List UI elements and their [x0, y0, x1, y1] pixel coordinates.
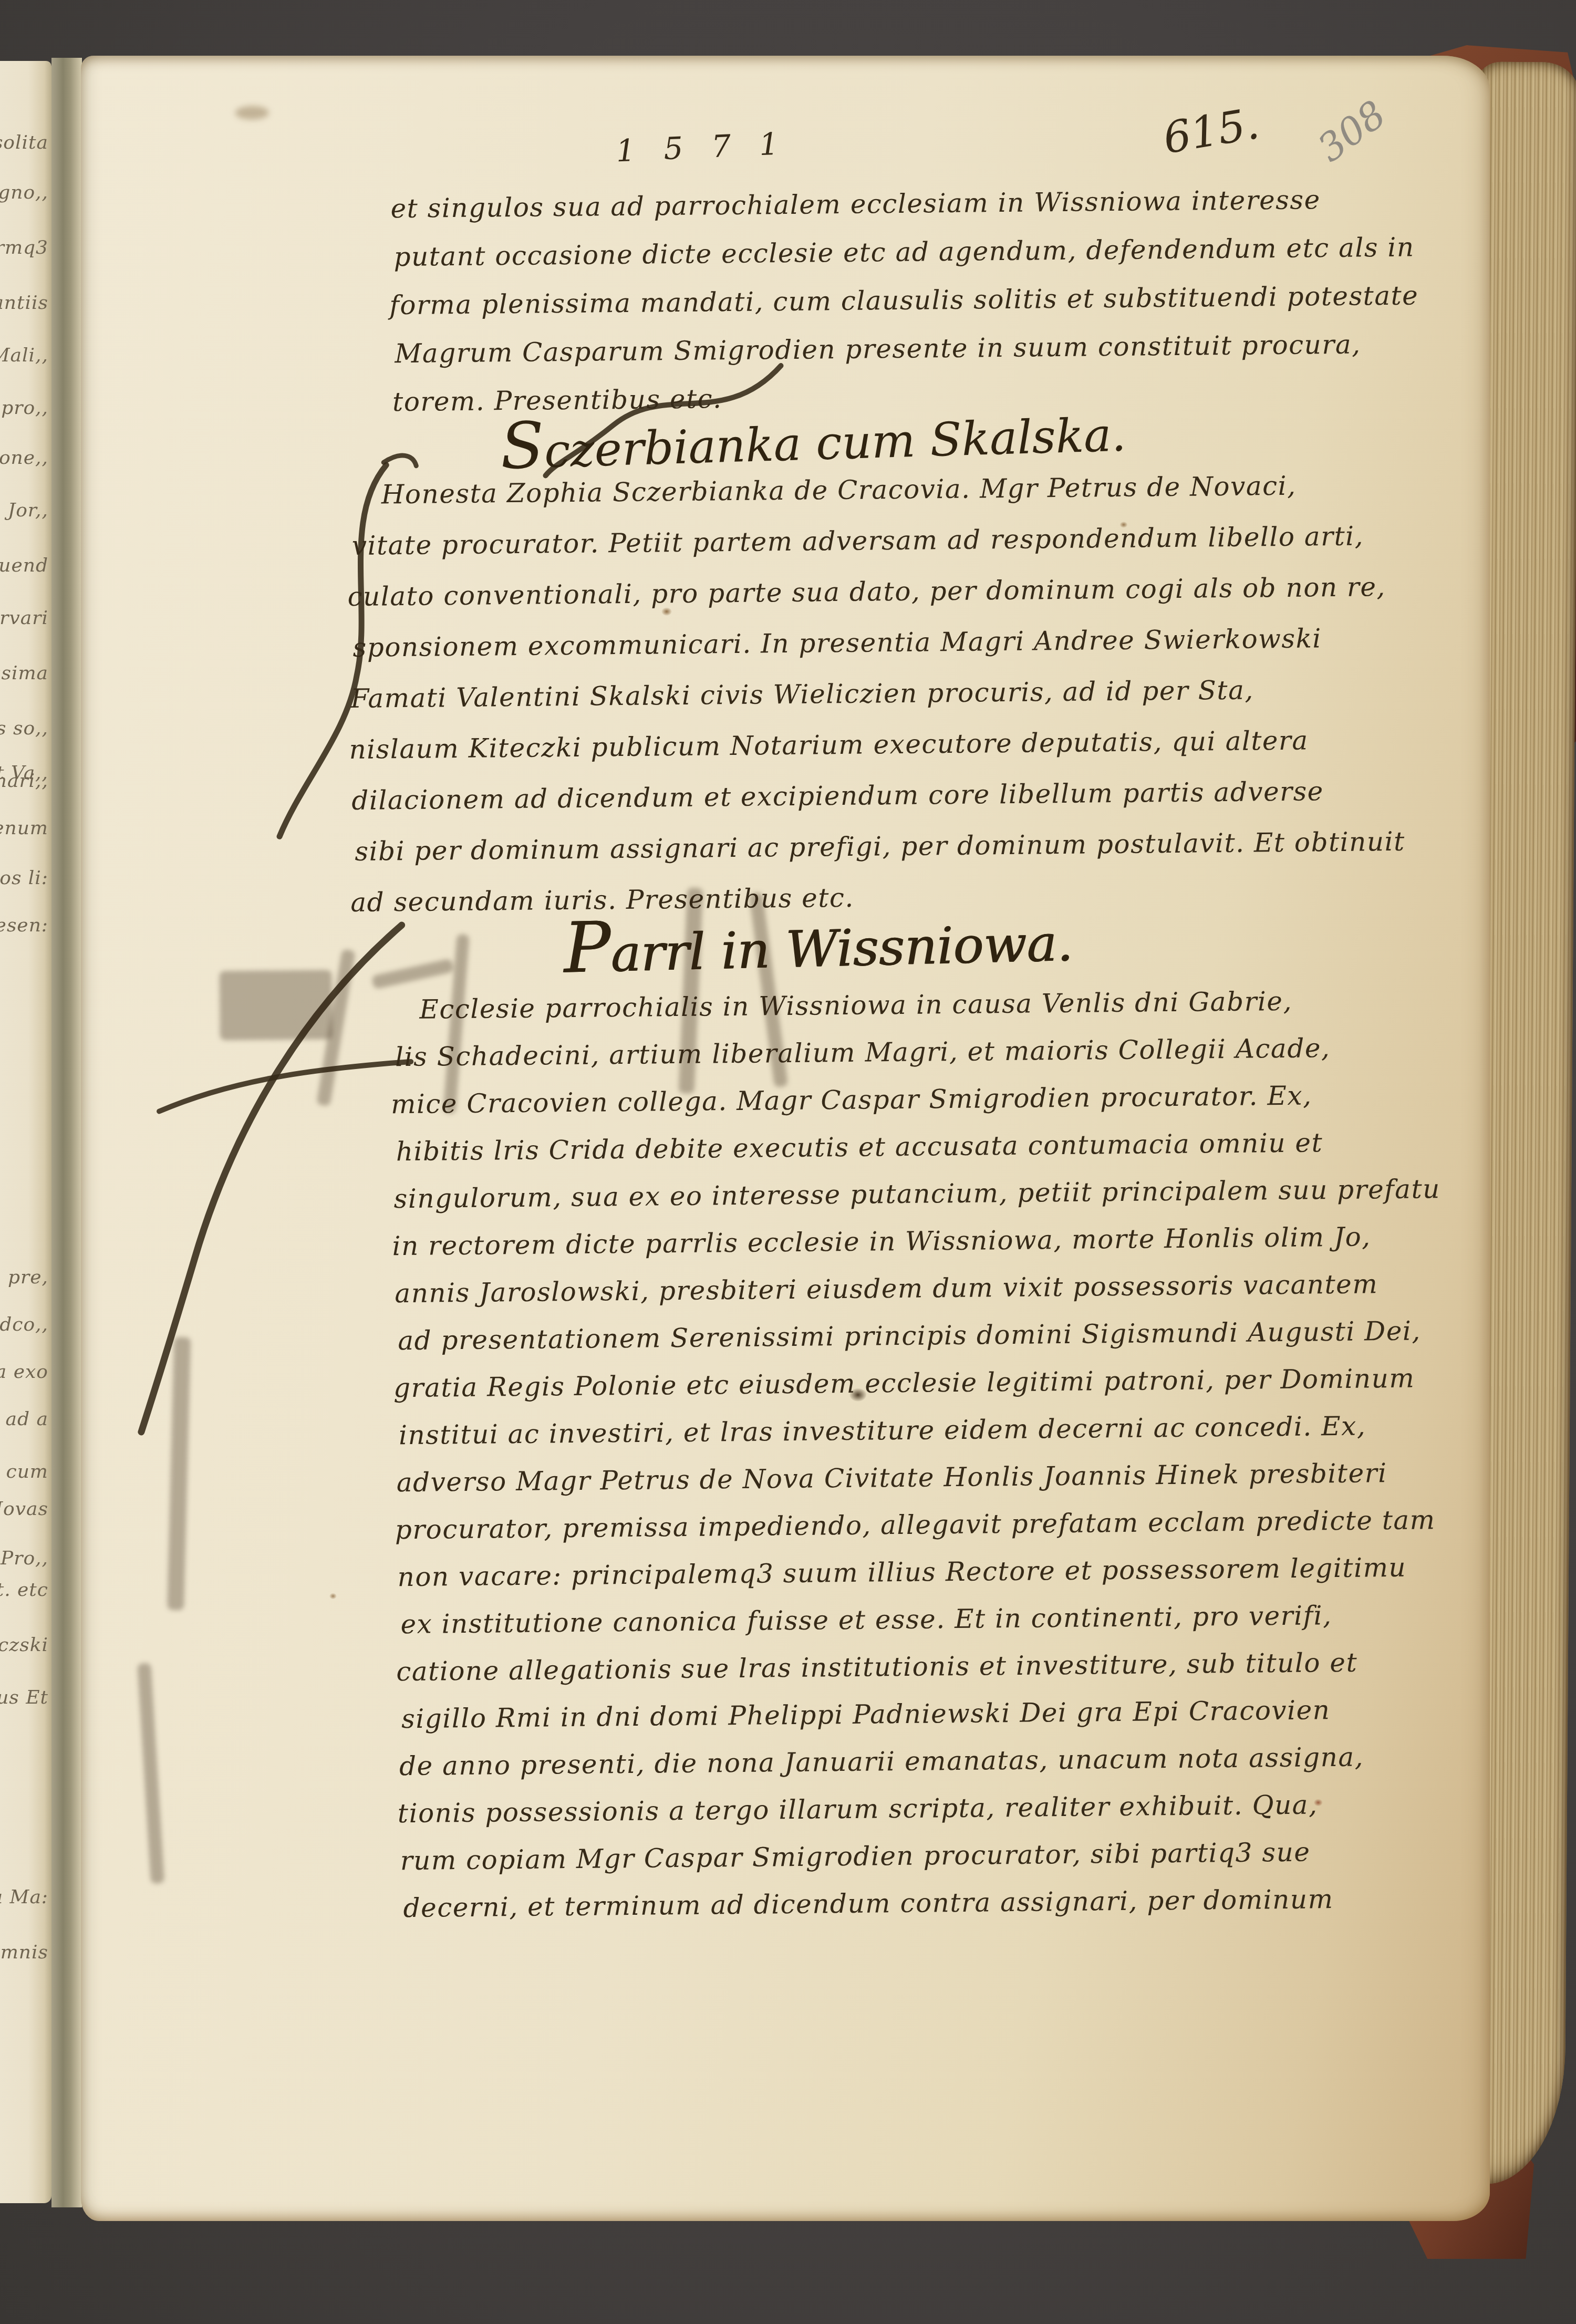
facing-page-text-fragment: n et pro,,: [0, 397, 48, 419]
ink-bleed-mark: [137, 1663, 164, 1884]
facing-page-text-fragment: t recogno,,: [0, 182, 48, 203]
manuscript-line: nislaum Kiteczki publicum Notarium execu…: [349, 714, 1399, 775]
manuscript-line: Famati Valentini Skalski civis Wieliczie…: [350, 663, 1401, 724]
facing-page-text-fragment: bloczski: [0, 1634, 48, 1656]
facing-page-text-fragment: tibus Et: [0, 1687, 48, 1708]
facing-page-text-fragment: s prosequend: [0, 555, 48, 576]
facing-page-text-fragment: dati, cum: [0, 1461, 48, 1482]
ink-stain: [661, 607, 672, 616]
facing-page-text-fragment: Schadco,,: [0, 1314, 48, 1335]
facing-page-text-fragment: Pro,,: [1, 1548, 48, 1569]
facing-page-text-fragment: ne et bone,,: [0, 447, 48, 469]
paper-stains: [79, 49, 1488, 63]
facing-page-text-fragment: do. A Jor,,: [0, 500, 48, 521]
ink-bleed-through-marks: [79, 49, 1488, 63]
folio-number-ink: 615.: [1160, 99, 1263, 164]
ink-stain: [1119, 522, 1127, 528]
ink-stain: [329, 1593, 337, 1599]
entry-sczerbianka: Honesta Zophia Sczerbianka de Cracovia. …: [348, 460, 1403, 928]
facing-page-text-fragment: nstantiis: [0, 292, 48, 314]
facing-page-text-fragment: ta pre,: [0, 1267, 48, 1288]
facing-page-edge: inis solitat recogno,,busermq3nstantiisd…: [0, 61, 51, 2203]
entry-wissniowa: Ecclesie parrochialis in Wissniowa in ca…: [392, 976, 1447, 1932]
facing-page-text-fragment: et Va,,: [0, 762, 48, 784]
facing-page-text-fragment: suos li:: [0, 867, 48, 889]
ink-stain: [1314, 1799, 1323, 1806]
manuscript-line: Honesta Zophia Sczerbianka de Cracovia. …: [381, 460, 1399, 521]
ink-bleed-mark: [220, 970, 333, 1040]
facing-page-text-fragment: Presen:: [0, 915, 48, 936]
smudge-stain: [235, 106, 269, 120]
facing-page-text-fragment: inis solita: [0, 132, 48, 153]
manuscript-line: sponsionem excommunicari. In presentia M…: [352, 613, 1403, 673]
facing-page-text-fragment: na, ad a: [0, 1408, 48, 1430]
facing-page-text-fragment: laurenum: [0, 817, 48, 839]
year-heading: 1571: [615, 124, 807, 169]
gutter-shadow: [51, 58, 82, 2207]
facing-page-text-fragment: sua exo: [0, 1361, 48, 1383]
facing-page-text-fragment: lu Ma:: [0, 1886, 48, 1908]
facing-page-text-fragment: de Novas: [0, 1498, 48, 1520]
manuscript-line: sibi per dominum assignari ac prefigi, p…: [355, 816, 1405, 877]
manuscript-line: decerni, et terminum ad dicendum contra …: [403, 1874, 1450, 1932]
facing-page-text-fragment: ssima: [0, 662, 48, 684]
folio-number-pencil: 308: [1310, 92, 1394, 170]
manuscript-page: 1571 615. 308 et singulos sua ad parroch…: [81, 56, 1490, 2221]
facing-page-text-fragment: omnis: [0, 1942, 48, 1963]
manuscript-line: dilacionem ad dicendum et excipiendum co…: [351, 765, 1402, 826]
facing-page-text-fragment: tant. etc: [0, 1579, 48, 1601]
manuscript-line: culato conventionali, pro parte sua dato…: [347, 562, 1398, 622]
manuscript-line: vitate procurator. Petiit partem adversa…: [351, 511, 1402, 572]
facing-page-text-fragment: dr. Mali,,: [0, 345, 48, 366]
page-content: 1571 615. 308 et singulos sua ad parroch…: [79, 49, 1509, 2228]
manuscript-scan: inis solitat recogno,,busermq3nstantiisd…: [0, 0, 1576, 2324]
facing-page-text-fragment: sulis so,,: [0, 718, 48, 739]
facing-page-text-fragment: lo. servari: [0, 607, 48, 629]
facing-page-text-fragment: busermq3: [0, 237, 48, 258]
